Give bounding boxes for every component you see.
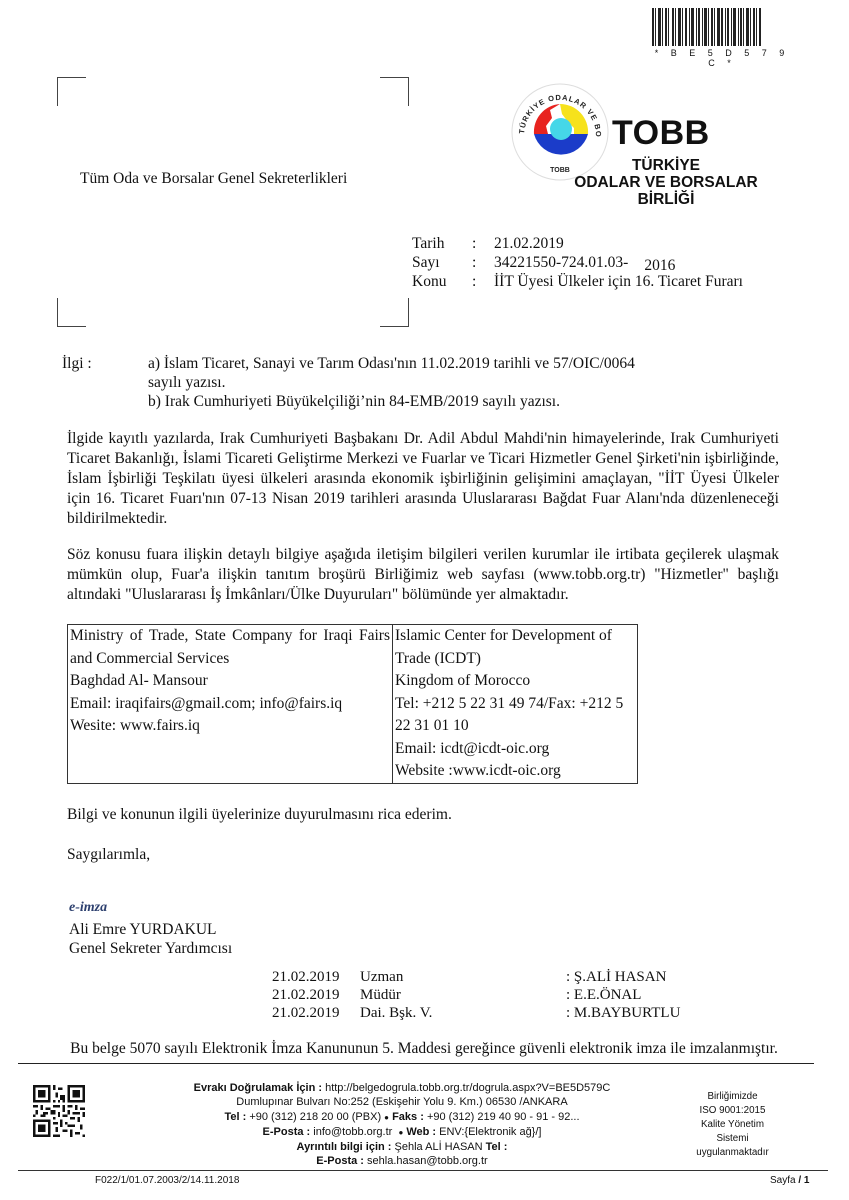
signer-name: Ali Emre YURDAKUL [69, 920, 232, 939]
verify-line: Evrakı Doğrulamak İçin : http://belgedog… [172, 1081, 632, 1095]
barcode-text: * B E 5 D 5 7 9 C * [652, 48, 792, 68]
reference-section: İlgi : a) İslam Ticaret, Sanayi ve Tarım… [62, 354, 762, 411]
contact-line: Wesite: www.fairs.iq [70, 715, 390, 738]
detail-contact-line: Ayrıntılı bilgi için : Şehla ALİ HASAN T… [172, 1140, 632, 1154]
contact-line: Tel: +212 5 22 31 49 74/Fax: +212 5 22 3… [395, 693, 635, 738]
bullet-icon: ● [398, 1128, 403, 1137]
iso-notice: Birliğimizde ISO 9001:2015 Kalite Yöneti… [680, 1090, 785, 1160]
email-link[interactable]: info@tobb.org.tr [313, 1126, 392, 1138]
logo-subtitle-line-1: TÜRKİYE [556, 157, 776, 174]
document-meta: Tarih : 21.02.2019 Sayı : 34221550-724.0… [412, 234, 743, 291]
number-suffix: 2016 [644, 256, 675, 275]
contacts-row: Ministry of Trade, State Company for Ira… [68, 625, 638, 784]
logo-subtitle-line-2: ODALAR VE BORSALAR [556, 174, 776, 191]
closing-request: Bilgi ve konunun ilgili üyelerinize duyu… [67, 806, 452, 824]
meta-date-row: Tarih : 21.02.2019 [412, 234, 743, 253]
detail-email-link[interactable]: sehla.hasan@tobb.org.tr [367, 1155, 488, 1167]
bullet-icon: ● [384, 1113, 389, 1122]
approval-list: 21.02.2019 Uzman : Ş.ALİ HASAN 21.02.201… [272, 968, 680, 1022]
approval-row: 21.02.2019 Dai. Bşk. V. : M.BAYBURTLU [272, 1004, 680, 1022]
e-signature-mark: e-imza [69, 900, 107, 916]
page-number: Sayfa / 1 [770, 1175, 809, 1186]
subject-label: Konu [412, 272, 472, 291]
recipient: Tüm Oda ve Borsalar Genel Sekreterlikler… [80, 170, 347, 188]
meta-number-row: Sayı : 34221550-724.01.03- 2016 [412, 253, 743, 272]
logo-title: TOBB [612, 114, 710, 153]
reference-label: İlgi : [62, 354, 92, 373]
logo-subtitle: TÜRKİYE ODALAR VE BORSALAR BİRLİĞİ [556, 157, 776, 208]
contacts-table: Ministry of Trade, State Company for Ira… [67, 624, 638, 784]
detail-email-line: E-Posta : sehla.hasan@tobb.org.tr [172, 1154, 632, 1168]
body-paragraph-2: Söz konusu fuara ilişkin detaylı bilgiye… [67, 545, 779, 605]
footer-contact-info: Evrakı Doğrulamak İçin : http://belgedog… [172, 1081, 632, 1169]
phone-line: Tel : +90 (312) 218 20 00 (PBX) ● Faks :… [172, 1110, 632, 1125]
address-window-corner-top-right [380, 77, 409, 106]
address-window-corner-top-left [57, 77, 86, 106]
contact-cell-icdt: Islamic Center for Development of Trade … [393, 625, 638, 784]
address-window-corner-bottom-left [57, 298, 86, 327]
reference-item-a-cont: sayılı yazısı. [148, 373, 762, 392]
approval-row: 21.02.2019 Uzman : Ş.ALİ HASAN [272, 968, 680, 986]
address-line: Dumlupınar Bulvarı No:252 (Eskişehir Yol… [172, 1095, 632, 1109]
meta-subject-row: Konu : İİT Üyesi Ülkeler için 16. Ticare… [412, 272, 743, 291]
document-barcode: * B E 5 D 5 7 9 C * [652, 8, 792, 60]
date-label: Tarih [412, 234, 472, 253]
legal-notice: Bu belge 5070 sayılı Elektronik İmza Kan… [14, 1040, 834, 1058]
contact-line: Ministry of Trade, State Company for Ira… [70, 625, 390, 670]
contact-line: Email: iraqifairs@gmail.com; info@fairs.… [70, 693, 390, 716]
email-web-line: E-Posta : info@tobb.org.tr ● Web : ENV:{… [172, 1125, 632, 1140]
reference-item-a: a) İslam Ticaret, Sanayi ve Tarım Odası'… [148, 354, 762, 373]
date-value: 21.02.2019 [494, 234, 564, 253]
number-value: 34221550-724.01.03- [494, 253, 628, 272]
verify-link[interactable]: http://belgedogrula.tobb.org.tr/dogrula.… [325, 1082, 610, 1094]
contact-line: Website :www.icdt-oic.org [395, 760, 635, 783]
contact-line: Email: icdt@icdt-oic.org [395, 738, 635, 761]
closing-salutation: Saygılarımla, [67, 846, 150, 864]
barcode-bars [652, 8, 792, 46]
signer-block: Ali Emre YURDAKUL Genel Sekreter Yardımc… [69, 920, 232, 958]
approval-row: 21.02.2019 Müdür : E.E.ÖNAL [272, 986, 680, 1004]
contact-cell-iraq: Ministry of Trade, State Company for Ira… [68, 625, 393, 784]
contact-line: Islamic Center for Development of Trade … [395, 625, 635, 670]
body-paragraph-1: İlgide kayıtlı yazılarda, Irak Cumhuriye… [67, 429, 779, 529]
qr-code-icon [33, 1085, 85, 1137]
logo-subtitle-line-3: BİRLİĞİ [556, 191, 776, 208]
footer-divider [18, 1170, 828, 1171]
divider [18, 1063, 814, 1064]
form-code: F022/1/01.07.2003/2/14.11.2018 [95, 1175, 239, 1186]
number-label: Sayı [412, 253, 472, 272]
contact-line: Kingdom of Morocco [395, 670, 635, 693]
reference-item-b: b) Irak Cumhuriyeti Büyükelçiliği’nin 84… [148, 392, 762, 411]
address-window-corner-bottom-right [380, 298, 409, 327]
subject-value: İİT Üyesi Ülkeler için 16. Ticaret Furar… [494, 272, 743, 291]
contact-line: Baghdad Al- Mansour [70, 670, 390, 693]
signer-title: Genel Sekreter Yardımcısı [69, 939, 232, 958]
